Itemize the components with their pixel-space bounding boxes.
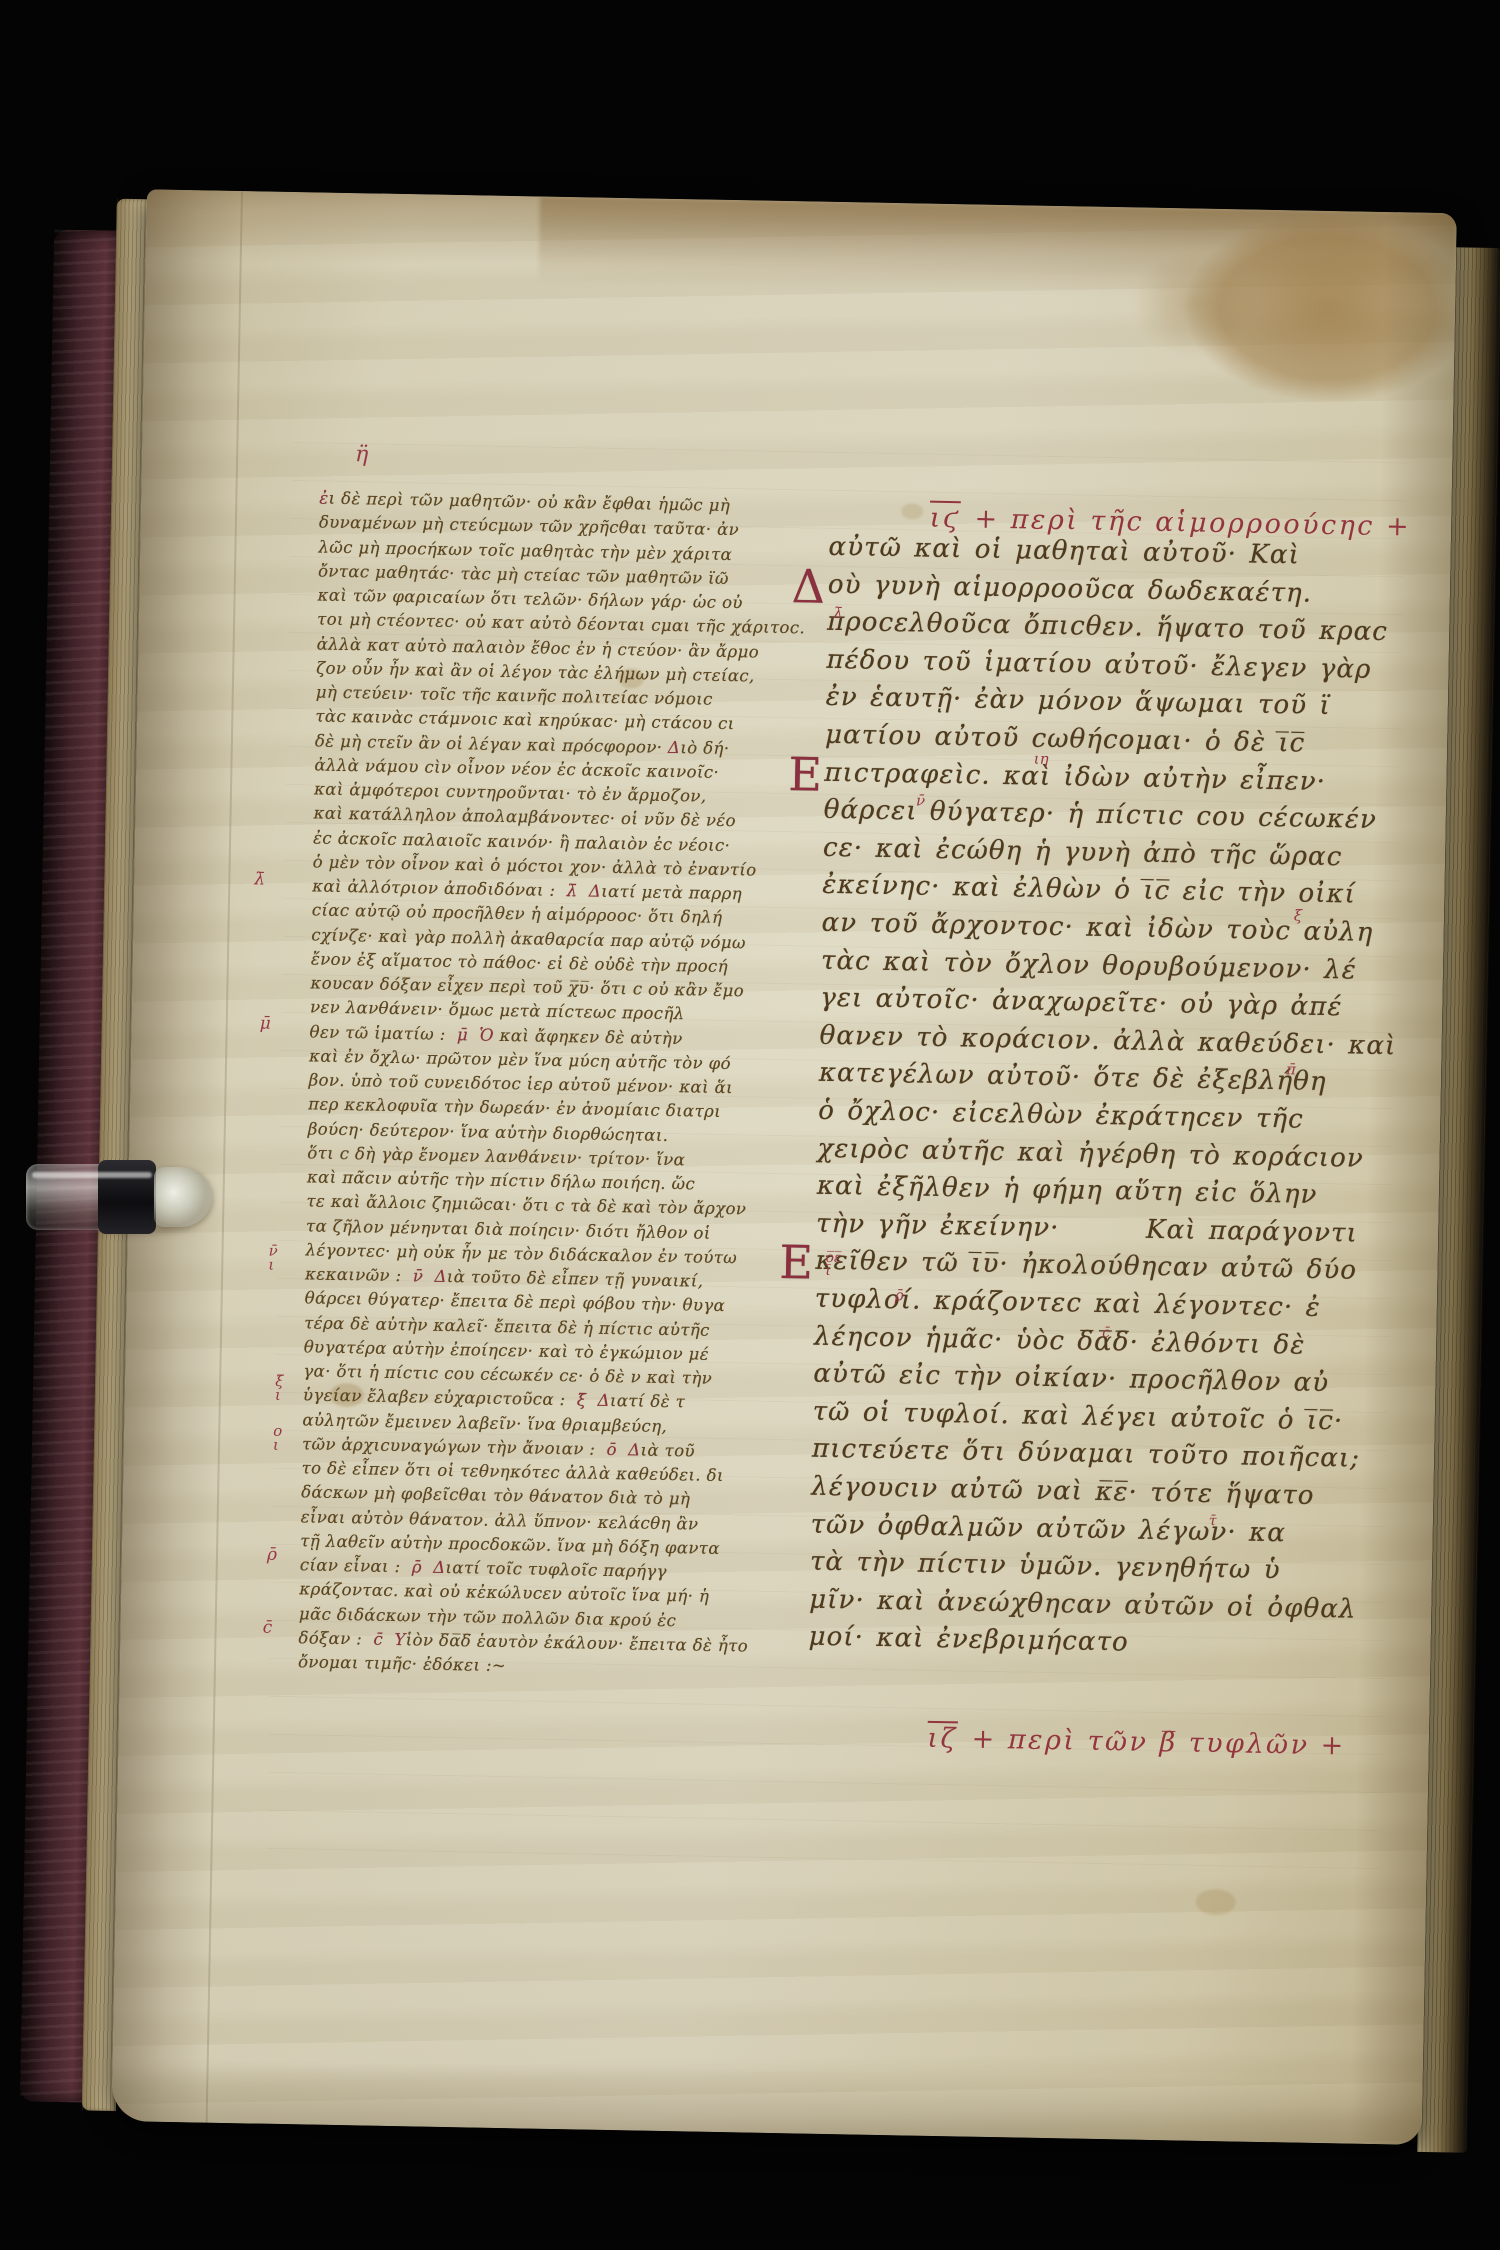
kephalaion-footer: ιζ+ περὶ τῶν β̅ τυφλῶν + [838,1690,1347,1792]
margin-section-number: ξ [1294,908,1303,922]
margin-section-number: ρ̄ [895,1288,904,1302]
margin-section-number: ιη [1034,752,1049,767]
margin-section-number: ν̄ [916,793,925,807]
margin-section-number: η̈ [355,445,369,466]
water-stain-halo [1104,227,1287,380]
margin-section-number: ξ̄ ι [275,1374,284,1403]
margin-section-number: ρ̄ [267,1547,277,1563]
glass-page-weight [26,1156,212,1242]
glass-highlight [32,1172,152,1178]
open-codex: ιϛ+ περὶ τῆϲ αἱμορροούϲηϲ + ἐι δὲ περὶ τ… [112,189,1457,2145]
margin-section-number: ο̅ε̅ ι̅ [825,1252,841,1279]
text-line: μοί· καὶ ἐνεβριμήϲατο [808,1622,1129,1658]
text-line: ὄνομαι τιμῆϲ· ἐδόκει :~ [298,1652,506,1675]
margin-section-number: λ̄ [254,871,265,887]
margin-section-number: τ̄ [1209,1515,1217,1528]
rubric-initial: Δ [791,559,826,614]
margin-section-number: μ̄ [260,1015,271,1031]
rubric-initial: Ε [788,747,824,802]
kephalaion-title: + περὶ τῶν β̅ τυφλῶν + [971,1724,1346,1762]
glass-rod-tip [154,1167,212,1227]
margin-section-number: c̄ [1102,1327,1110,1340]
margin-section-number: c̄ [263,1620,273,1636]
margin-section-number: π̄ [1286,1062,1296,1076]
kephalaion-number: ιϛ [929,503,960,535]
fox-spot [1196,1889,1236,1916]
photo-background: ιϛ+ περὶ τῆϲ αἱμορροούϲηϲ + ἐι δὲ περὶ τ… [0,0,1500,2250]
margin-section-number: ν̄ ι [268,1244,278,1273]
rubric-initial: Ε [779,1235,815,1290]
parchment-page: ιϛ+ περὶ τῆϲ αἱμορροούϲηϲ + ἐι δὲ περὶ τ… [112,189,1457,2145]
margin-section-number: λ̄ [833,606,843,620]
margin-section-number: ο ι [273,1424,283,1453]
kephalaion-number: ιζ [927,1723,958,1755]
